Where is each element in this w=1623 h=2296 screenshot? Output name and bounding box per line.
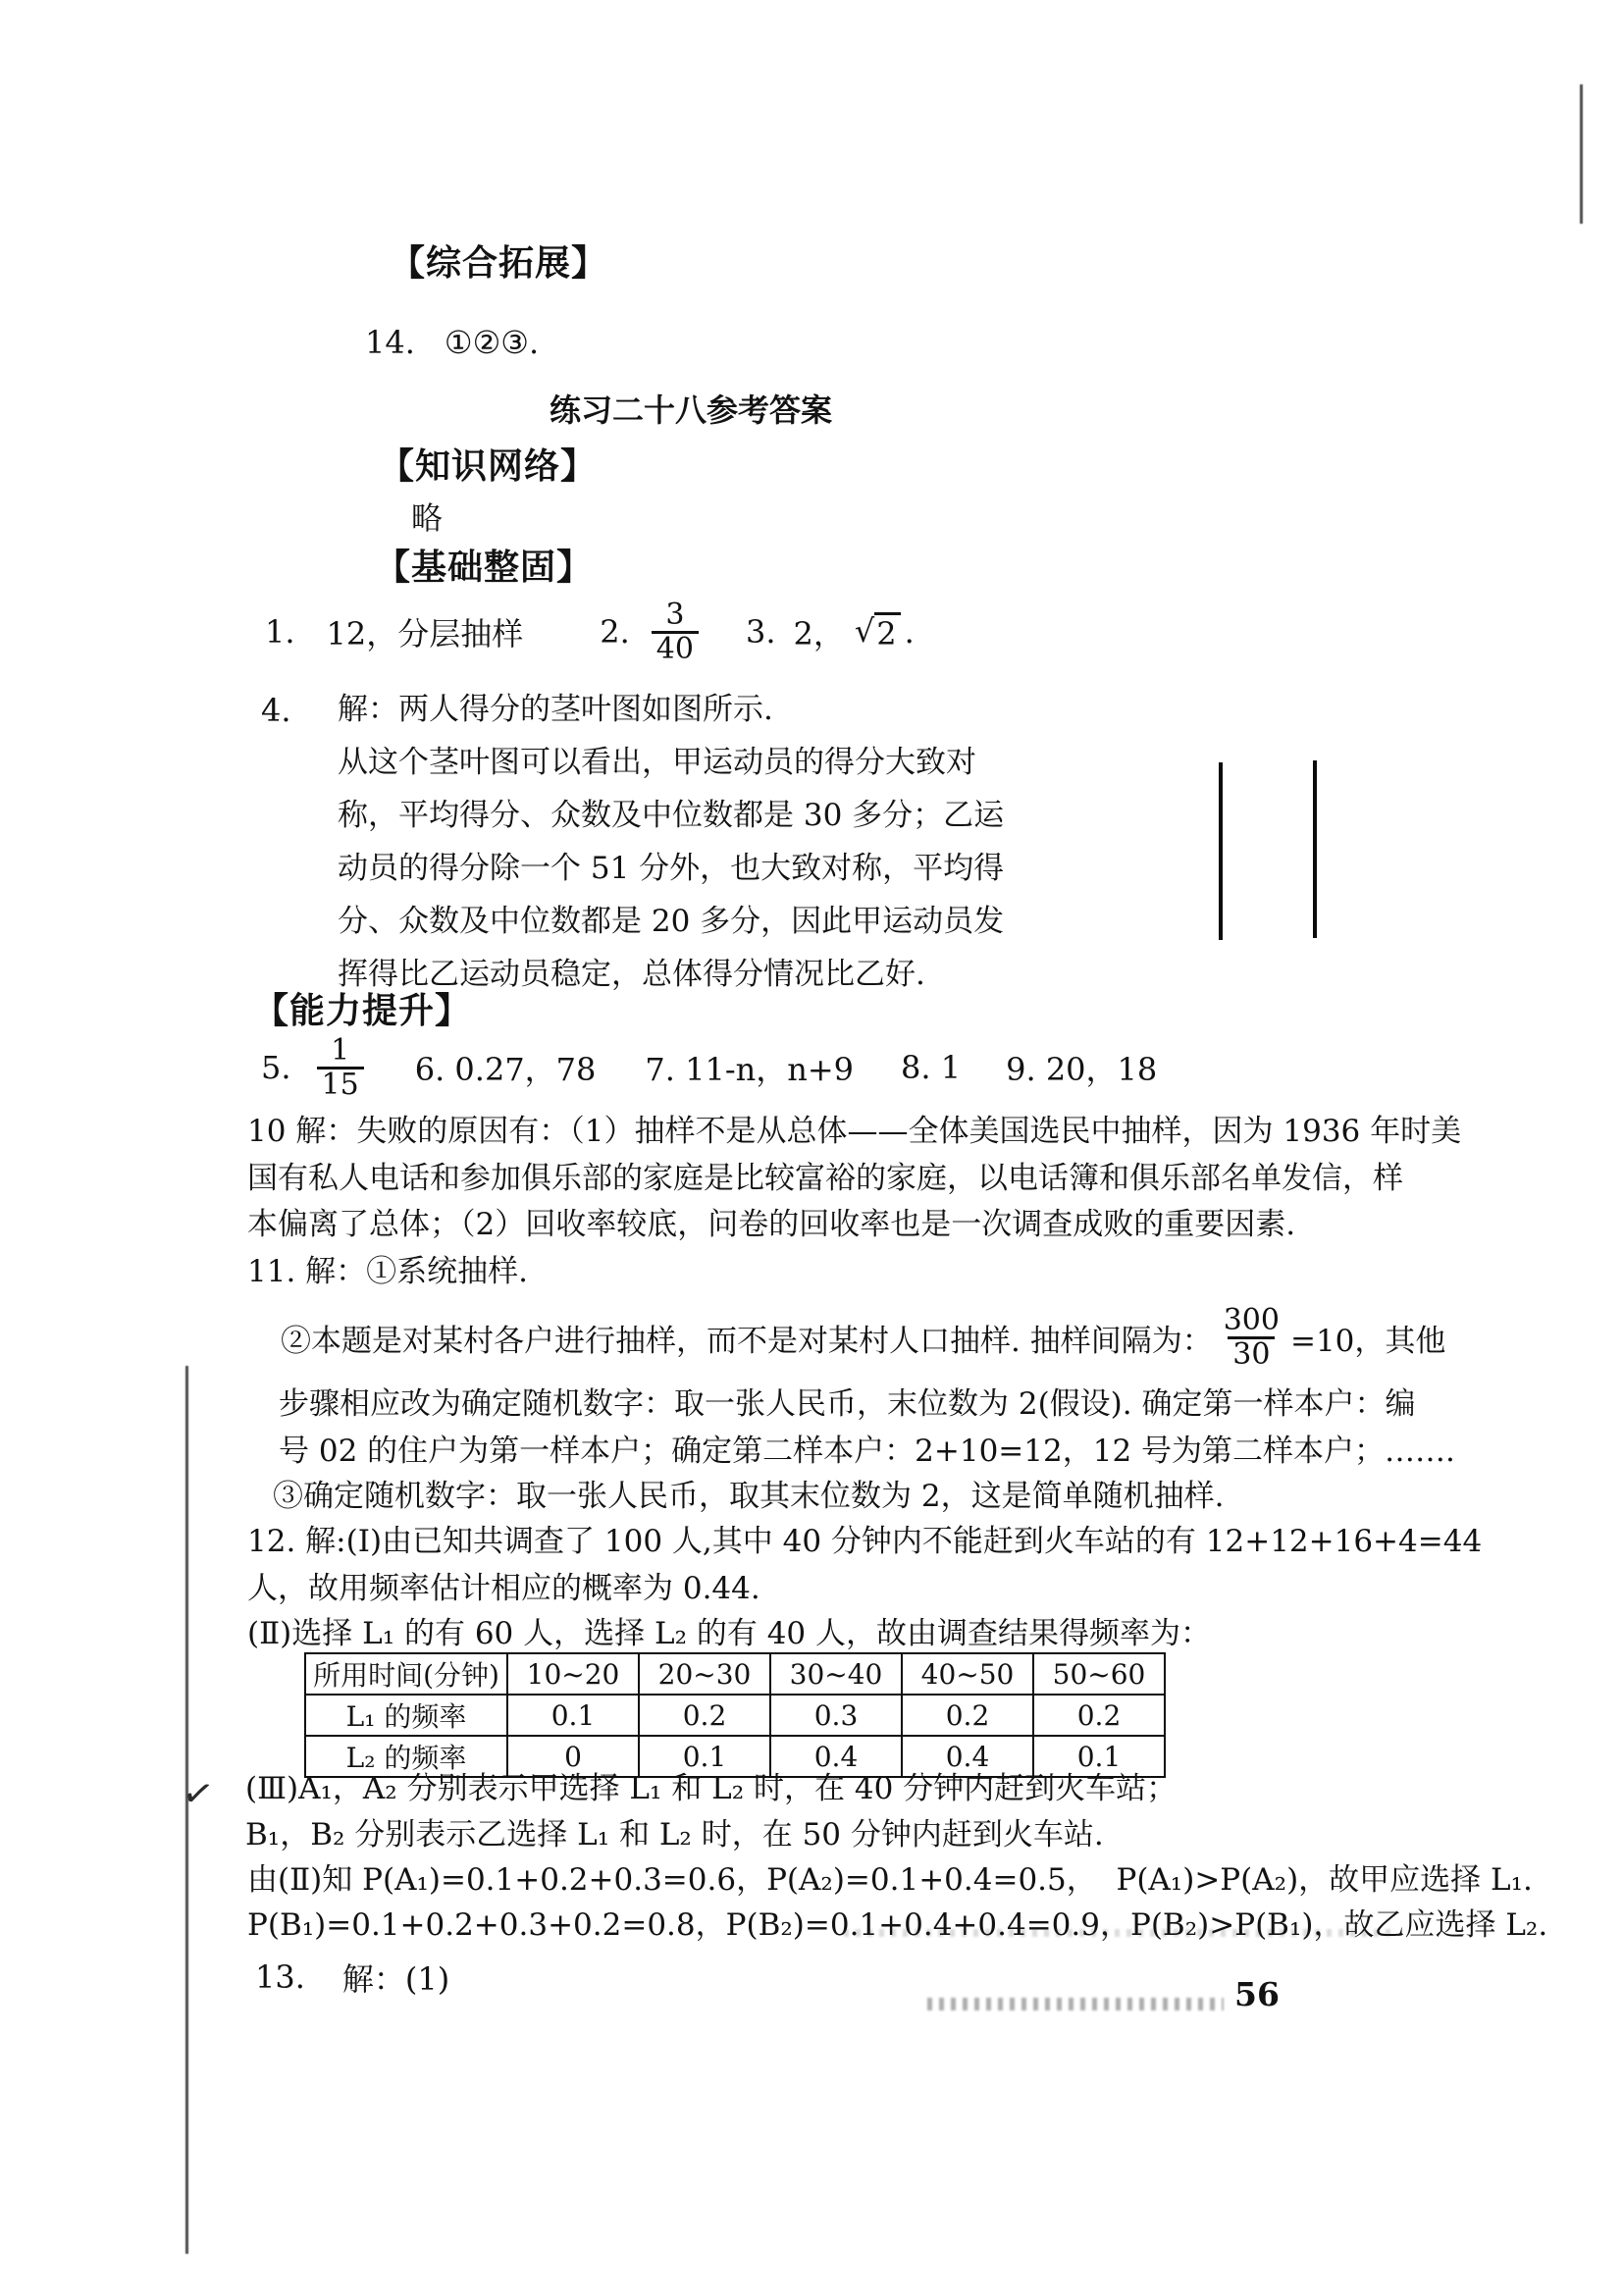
table-header-row: 所用时间(分钟) 10~20 20~30 30~40 40~50 50~60 (305, 1653, 1165, 1695)
scan-noise-dots (844, 1929, 1393, 1937)
item-12-line7: P(B₁)=0.1+0.2+0.3+0.2=0.8，P(B₂)=0.1+0.4+… (247, 1908, 1547, 1944)
item-11-fraction: 300 30 (1219, 1305, 1284, 1370)
stem-leaf-diagram-line-left (1219, 762, 1223, 940)
stem-leaf-diagram-line-right (1313, 760, 1317, 938)
item-10-line: 10 解：失败的原因有：（1）抽样不是从总体——全体美国选民中抽样，因为 193… (247, 1115, 1461, 1150)
item-11-line2-pre: ②本题是对某村各户进行抽样，而不是对某村人口抽样. 抽样间隔为： (281, 1316, 1213, 1360)
item-4-line: 分、众数及中位数都是 20 多分，因此甲运动员发 (338, 905, 1004, 940)
item-1-answer: 12，分层抽样 (327, 609, 524, 654)
table-header-cell: 50~60 (1033, 1653, 1165, 1695)
item-4-line: 称，平均得分、众数及中位数都是 30 多分；乙运 (338, 799, 1004, 834)
item-4-number: 4. (261, 693, 291, 729)
item-4-line: 从这个茎叶图可以看出，甲运动员的得分大致对 (338, 746, 976, 781)
item-3-sqrt: √2 (855, 612, 901, 652)
table-cell: 0.3 (770, 1695, 902, 1736)
table-cell: 0.2 (639, 1695, 770, 1736)
item-11-line1: 11. 解：①系统抽样. (247, 1255, 528, 1290)
fraction-denominator: 30 (1228, 1336, 1275, 1371)
scanned-answer-page: 【综合拓展】 14. ①②③. 练习二十八参考答案 【知识网络】 略 【基础整固… (0, 0, 1623, 2296)
pen-check-mark: ✓ (179, 1770, 217, 1818)
fraction-denominator: 15 (317, 1067, 364, 1101)
radical-sign: √ (855, 612, 874, 650)
item-3-period: . (905, 613, 915, 651)
item-5-fraction: 1 15 (317, 1035, 364, 1100)
item-3-number: 3. (746, 613, 776, 651)
fraction-numerator: 300 (1219, 1305, 1284, 1336)
fraction-numerator: 1 (326, 1035, 354, 1067)
item-4-line: 挥得比乙运动员稳定，总体得分情况比乙好. (338, 958, 925, 993)
radicand: 2 (874, 612, 900, 652)
table-cell: 0.2 (1033, 1695, 1165, 1736)
item-2-fraction: 3 40 (652, 600, 699, 664)
item-12-line2: 人，故用频率估计相应的概率为 0.44. (247, 1572, 760, 1607)
answers-1-to-3: 1. 12，分层抽样 2. 3 40 3. 2， √2 . (265, 589, 915, 675)
table-cell: 0.1 (507, 1695, 639, 1736)
table-header-cell: 10~20 (507, 1653, 639, 1695)
item-11-line3: 步骤相应改为确定随机数字：取一张人民币，末位数为 2(假设). 确定第一样本户：… (279, 1387, 1415, 1423)
item-12-line1: 12. 解:(Ⅰ)由已知共调查了 100 人,其中 40 分钟内不能赶到火车站的… (247, 1525, 1482, 1560)
item-9-answer: 9. 20，18 (1006, 1045, 1157, 1090)
page-number: 56 (1234, 1976, 1280, 2013)
scan-artifact-top-right-line (1580, 84, 1583, 224)
item-14-number: 14. (365, 324, 415, 361)
knowledge-body: 略 (411, 500, 443, 537)
frequency-table: 所用时间(分钟) 10~20 20~30 30~40 40~50 50~60 L… (304, 1652, 1166, 1778)
item-11-line4: 号 02 的住户为第一样本户；确定第二样本户：2+10=12，12 号为第二样本… (279, 1435, 1455, 1470)
page-title: 练习二十八参考答案 (550, 392, 832, 429)
item-13-number: 13. (255, 1958, 305, 1996)
item-6-answer: 6. 0.27，78 (415, 1045, 597, 1090)
table-header-cell: 40~50 (902, 1653, 1033, 1695)
item-3-answer-part: 2， (794, 609, 845, 654)
item-8-answer: 8. 1 (901, 1049, 961, 1086)
item-11-line2: ②本题是对某村各户进行抽样，而不是对某村人口抽样. 抽样间隔为： 300 30 … (281, 1295, 1445, 1380)
table-header-cell: 所用时间(分钟) (305, 1653, 507, 1695)
item-13-answer: 解：(1) (342, 1955, 449, 2000)
scan-noise-smudge (927, 1998, 1224, 2010)
item-10-line: 本偏离了总体；（2）回收率较底，问卷的回收率也是一次调查成败的重要因素. (247, 1208, 1295, 1243)
item-11-line5: ③确定随机数字：取一张人民币，取其末位数为 2，这是简单随机抽样. (273, 1480, 1224, 1515)
section-header-comprehensive: 【综合拓展】 (390, 243, 607, 284)
item-14-answer: ①②③. (445, 324, 539, 361)
item-4-line: 动员的得分除一个 51 分外，也大致对称，平均得 (338, 852, 1004, 887)
item-11-line2-post: =10，其他 (1290, 1316, 1445, 1360)
item-10-line: 国有私人电话和参加俱乐部的家庭是比较富裕的家庭，以电话簿和俱乐部名单发信，样 (247, 1162, 1403, 1197)
table-header-cell: 20~30 (639, 1653, 770, 1695)
section-header-knowledge: 【知识网络】 (379, 446, 597, 487)
fraction-denominator: 40 (652, 631, 699, 665)
section-header-basics: 【基础整固】 (375, 548, 593, 588)
item-1-number: 1. (265, 613, 295, 651)
item-2-number: 2. (600, 613, 630, 651)
item-12-line4: (Ⅲ)A₁，A₂ 分别表示甲选择 L₁ 和 L₂ 时，在 40 分钟内赶到火车站… (245, 1772, 1177, 1807)
item-7-answer: 7. 11-n，n+9 (645, 1045, 854, 1090)
answer-item-14: 14. ①②③. (365, 324, 539, 361)
answer-item-13: 13. 解：(1) (255, 1955, 449, 2000)
row-label: L₁ 的频率 (305, 1695, 507, 1736)
item-4-line: 解：两人得分的茎叶图如图所示. (338, 693, 773, 728)
item-12-line3: (Ⅱ)选择 L₁ 的有 60 人，选择 L₂ 的有 40 人，故由调查结果得频率… (247, 1617, 1211, 1652)
table-cell: 0.2 (902, 1695, 1033, 1736)
item-12-line5: B₁，B₂ 分别表示乙选择 L₁ 和 L₂ 时，在 50 分钟内赶到火车站. (245, 1818, 1104, 1853)
answers-5-to-9: 5. 1 15 6. 0.27，78 7. 11-n，n+9 8. 1 9. 2… (261, 1022, 1157, 1113)
item-5-number: 5. (261, 1049, 291, 1086)
table-header-cell: 30~40 (770, 1653, 902, 1695)
fraction-numerator: 3 (660, 600, 689, 631)
table-row-l1: L₁ 的频率 0.1 0.2 0.3 0.2 0.2 (305, 1695, 1165, 1736)
item-12-line6: 由(Ⅱ)知 P(A₁)=0.1+0.2+0.3=0.6，P(A₂)=0.1+0.… (247, 1863, 1533, 1899)
